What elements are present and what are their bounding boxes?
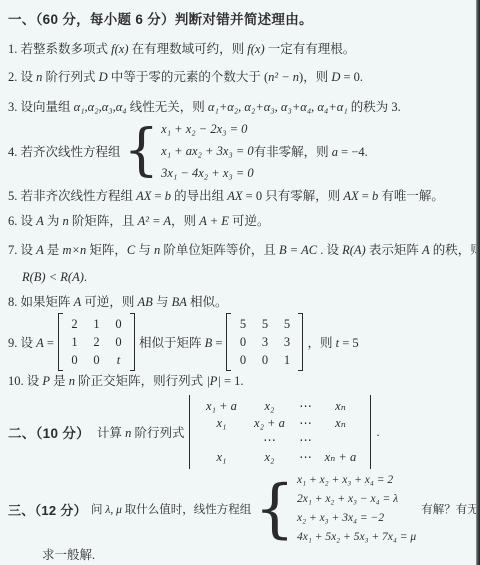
- determinant-cell: ⋯: [293, 415, 317, 432]
- text-fragment: = 1.: [221, 374, 244, 388]
- text-fragment: 2. 设: [8, 70, 36, 84]
- section2-heading: 二、（10 分）: [8, 422, 90, 442]
- question-3: 3. 设向量组 α₁,α₂,α₃,α₄ 线性无关，则 α₁+α₂, α₂+α₃,…: [8, 99, 470, 116]
- question-4-suffix: 有非零解，则 a = −4.: [254, 142, 368, 160]
- text-fragment: 一定有有理根。: [265, 42, 356, 56]
- question-6: 6. 设 A 为 n 阶矩阵，且 A² = A，则 A + E 可逆。: [8, 213, 470, 230]
- math-fragment: AX: [136, 189, 151, 203]
- math-fragment: AX: [343, 189, 358, 203]
- determinant-bar-right: [370, 395, 371, 469]
- equation: x₁ + x₂ + x₃ + x₄ = 2: [297, 471, 416, 490]
- determinant-cell: x₁ + a: [197, 398, 245, 415]
- math-fragment: α₁+α₂, α₂+α₃, α₃+α₄, α₄+α₁: [208, 100, 348, 114]
- math-fragment: f(x): [111, 42, 128, 56]
- determinant-cell: x₂: [245, 398, 293, 415]
- text-fragment: = 0.: [340, 70, 363, 84]
- exam-document: 一、（60 分，每小题 6 分）判断对错并简述理由。 1. 若整系数多项式 f(…: [0, 0, 480, 565]
- math-fragment: |P|: [206, 374, 221, 388]
- question-1: 1. 若整系数多项式 f(x) 在有理数域可约，则 f(x) 一定有有理根。: [8, 41, 470, 58]
- math-fragment: A: [422, 243, 430, 257]
- text-fragment: 是: [50, 374, 69, 388]
- equation: x₂ + x₃ + 3x₄ = −2: [297, 509, 416, 528]
- text-fragment: 阶行列式: [131, 426, 184, 440]
- page-edge-shadow: [476, 0, 480, 565]
- section2: 二、（10 分） 计算 n 阶行列式 x₁ + a x₂ ⋯ xₙ x₁ x₂ …: [8, 395, 470, 469]
- section2-lead: 计算 n 阶行列式: [97, 423, 185, 441]
- text-fragment: 的导出组: [171, 189, 227, 203]
- question-2: 2. 设 n 阶行列式 D 中等于零的元素的个数大于 (n² − n)，则 D …: [8, 69, 470, 86]
- text-fragment: 10. 设: [8, 374, 42, 388]
- math-fragment: A: [36, 214, 44, 228]
- section3-suffix: 有解？有无穷多解时，: [421, 501, 480, 517]
- text-fragment: ，则: [307, 336, 335, 350]
- text-fragment: 与: [135, 243, 154, 257]
- text-fragment: 阶正交矩阵，则行列式: [75, 374, 206, 388]
- question-4-prefix: 4. 若齐次线性方程组: [8, 142, 121, 160]
- text-fragment: 问: [91, 504, 105, 516]
- section3-heading: 三、（12 分）: [8, 500, 87, 519]
- matrix-cell: 0: [112, 333, 125, 351]
- text-fragment: = 5: [339, 336, 359, 350]
- text-fragment: 中等于零的元素的个数大于 (: [108, 70, 268, 84]
- text-fragment: 6. 设: [8, 214, 36, 228]
- math-fragment: R(A): [342, 243, 366, 257]
- question-9-prefix: 9. 设 A =: [8, 333, 54, 351]
- determinant-cell: [197, 432, 245, 449]
- question-4-equation-system: x₁ + x₂ − 2x₃ = 0 x₁ + ax₂ + 3x₃ = 0 3x₁…: [161, 118, 254, 184]
- matrix-bracket-right: [130, 313, 135, 371]
- matrix-a-cells: 2 1 0 1 2 0 0 0 t: [63, 313, 130, 371]
- text-fragment: 3. 设向量组: [8, 100, 74, 114]
- text-fragment: 相似。: [187, 295, 228, 309]
- matrix-cell: t: [112, 351, 125, 369]
- determinant-cell: x₁: [197, 449, 245, 466]
- text-fragment: = −4.: [338, 145, 368, 159]
- determinant-cell: x₂: [245, 449, 293, 466]
- matrix-cell: 3: [258, 333, 271, 351]
- section3-equation-system: x₁ + x₂ + x₃ + x₄ = 2 2x₁ + x₂ + x₃ − x₄…: [297, 471, 416, 547]
- text-fragment: 有唯一解。: [378, 189, 444, 203]
- text-fragment: 有解？有无穷多解时，: [421, 504, 480, 516]
- text-fragment: 计算: [97, 426, 125, 440]
- text-fragment: 8. 如果矩阵: [8, 295, 74, 309]
- text-fragment: 的秩，则: [430, 243, 480, 257]
- text-fragment: 矩阵，: [86, 243, 127, 257]
- question-7-line2: R(B) < R(A).: [22, 269, 470, 286]
- question-7-line1: 7. 设 A 是 m×n 矩阵，C 与 n 阶单位矩阵等价，且 B = AC .…: [8, 242, 470, 259]
- matrix-cell: 5: [236, 315, 249, 333]
- text-fragment: 的秩为 3.: [348, 100, 401, 114]
- math-fragment: AB: [138, 295, 153, 309]
- math-fragment: B = AC: [279, 243, 317, 257]
- text-fragment: ，则: [171, 214, 199, 228]
- equation: x₁ + ax₂ + 3x₃ = 0: [161, 140, 254, 162]
- text-fragment: = 0 只有零解，则: [243, 189, 344, 203]
- determinant-cell: x₂ + a: [245, 415, 293, 432]
- matrix-cell: 2: [90, 333, 103, 351]
- text-fragment: 取什么值时，线性方程组: [122, 504, 251, 516]
- matrix-cell: 1: [68, 333, 81, 351]
- text-fragment: 线性无关，则: [127, 100, 208, 114]
- equation: x₁ + x₂ − 2x₃ = 0: [161, 118, 254, 140]
- math-fragment: R(B) < R(A): [22, 270, 84, 284]
- text-fragment: 阶矩阵，且: [69, 214, 138, 228]
- math-fragment: A: [36, 243, 44, 257]
- text-fragment: 阶单位矩阵等价，且: [160, 243, 279, 257]
- text-fragment: .: [84, 270, 87, 284]
- matrix-cell: 0: [68, 351, 81, 369]
- matrix-cell: 3: [280, 333, 293, 351]
- matrix-cell: 1: [280, 351, 293, 369]
- matrix-cell: 0: [236, 333, 249, 351]
- text-fragment: 与: [153, 295, 172, 309]
- math-fragment: A + E: [199, 214, 229, 228]
- matrix-cell: 2: [68, 315, 81, 333]
- text-fragment: 可逆。: [229, 214, 270, 228]
- determinant-cell: ⋯: [245, 432, 293, 449]
- text-fragment: 有非零解，则: [254, 145, 332, 159]
- text-fragment: =: [212, 336, 222, 350]
- section1-heading: 一、（60 分，每小题 6 分）判断对错并简述理由。: [8, 8, 470, 28]
- math-fragment: f(x): [247, 42, 264, 56]
- section3-tail: 求一般解.: [42, 548, 470, 563]
- determinant-cell: ⋯: [293, 398, 317, 415]
- section3: 三、（12 分） 问 λ, μ 取什么值时，线性方程组 { x₁ + x₂ + …: [8, 471, 470, 547]
- text-fragment: 相似于矩阵: [139, 336, 205, 350]
- determinant-cells: x₁ + a x₂ ⋯ xₙ x₁ x₂ + a ⋯ xₙ ⋯ ⋯ x₁ x₂ …: [190, 395, 370, 469]
- text-fragment: 在有理数域可约，则: [129, 42, 248, 56]
- question-8: 8. 如果矩阵 A 可逆，则 AB 与 BA 相似。: [8, 294, 470, 311]
- math-fragment: D: [99, 70, 108, 84]
- math-fragment: m×n: [63, 243, 87, 257]
- math-fragment: BA: [172, 295, 187, 309]
- question-9-mid: 相似于矩阵 B =: [139, 333, 222, 351]
- left-brace-icon: {: [254, 477, 295, 541]
- text-fragment: 表示矩阵: [366, 243, 422, 257]
- determinant: x₁ + a x₂ ⋯ xₙ x₁ x₂ + a ⋯ xₙ ⋯ ⋯ x₁ x₂ …: [189, 395, 371, 469]
- matrix-b: 5 5 5 0 3 3 0 0 1: [226, 313, 303, 371]
- text-fragment: =: [44, 336, 54, 350]
- text-fragment: 阶行列式: [42, 70, 98, 84]
- text-fragment: 可逆，则: [81, 295, 137, 309]
- matrix-b-cells: 5 5 5 0 3 3 0 0 1: [231, 313, 298, 371]
- text-fragment: 为: [44, 214, 63, 228]
- text-fragment: 7. 设: [8, 243, 36, 257]
- determinant-cell: ⋯: [293, 432, 317, 449]
- math-fragment: A² = A: [138, 214, 171, 228]
- matrix-cell: 5: [280, 315, 293, 333]
- math-fragment: n² − n: [268, 70, 299, 84]
- question-9: 9. 设 A = 2 1 0 1 2 0 0 0 t 相似于矩阵 B = 5 5…: [8, 313, 470, 371]
- math-fragment: λ, μ: [105, 504, 122, 516]
- equation: 4x₁ + 5x₂ + 5x₃ + 7x₄ = μ: [297, 528, 416, 547]
- text-fragment: =: [151, 189, 164, 203]
- question-10: 10. 设 P 是 n 阶正交矩阵，则行列式 |P| = 1.: [8, 373, 470, 390]
- question-4: 4. 若齐次线性方程组 { x₁ + x₂ − 2x₃ = 0 x₁ + ax₂…: [8, 118, 470, 184]
- math-fragment: A: [36, 336, 44, 350]
- matrix-bracket-right: [298, 313, 303, 371]
- text-fragment: 4. 若齐次线性方程组: [8, 145, 121, 159]
- math-fragment: AX: [227, 189, 242, 203]
- matrix-cell: 0: [258, 351, 271, 369]
- text-fragment: =: [359, 189, 372, 203]
- determinant-cell: xₙ: [317, 415, 363, 432]
- determinant-cell: xₙ: [317, 398, 363, 415]
- determinant-cell: ⋯: [293, 449, 317, 466]
- text-fragment: 9. 设: [8, 336, 36, 350]
- matrix-cell: 1: [90, 315, 103, 333]
- matrix-cell: 0: [90, 351, 103, 369]
- matrix-cell: 5: [258, 315, 271, 333]
- math-fragment: P: [42, 374, 50, 388]
- left-brace-icon: {: [124, 123, 160, 179]
- equation: 2x₁ + x₂ + x₃ − x₄ = λ: [297, 490, 416, 509]
- determinant-cell: [317, 432, 363, 449]
- text-fragment: 1. 若整系数多项式: [8, 42, 111, 56]
- matrix-cell: 0: [236, 351, 249, 369]
- determinant-cell: x₁: [197, 415, 245, 432]
- math-fragment: α₁,α₂,α₃,α₄: [74, 100, 127, 114]
- equation: 3x₁ − 4x₂ + x₃ = 0: [161, 162, 254, 184]
- math-fragment: C: [127, 243, 135, 257]
- matrix-cell: 0: [112, 315, 125, 333]
- text-fragment: )，则: [299, 70, 331, 84]
- text-fragment: 5. 若非齐次线性方程组: [8, 189, 136, 203]
- text-fragment: . 设: [317, 243, 342, 257]
- section3-lead: 问 λ, μ 取什么值时，线性方程组: [91, 501, 251, 517]
- determinant-cell: xₙ + a: [317, 449, 363, 466]
- matrix-a: 2 1 0 1 2 0 0 0 t: [58, 313, 135, 371]
- text-fragment: 是: [44, 243, 63, 257]
- question-9-suffix: ，则 t = 5: [307, 333, 358, 351]
- question-5: 5. 若非齐次线性方程组 AX = b 的导出组 AX = 0 只有零解，则 A…: [8, 188, 470, 205]
- section2-suffix: .: [376, 425, 379, 440]
